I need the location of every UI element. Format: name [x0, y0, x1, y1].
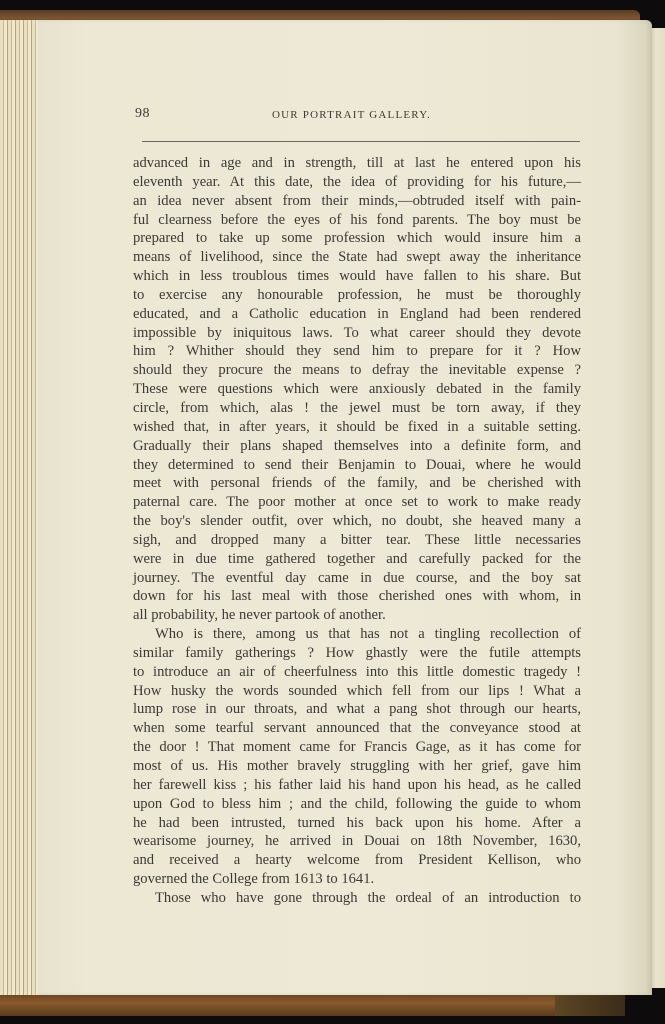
- text-line: lump rose in our throats, and what a pan…: [133, 700, 581, 719]
- text-line: to introduce an air of cheerfulness into…: [133, 663, 581, 682]
- text-line: him ? Whither should they send him to pr…: [133, 342, 581, 361]
- text-line: he had been intrusted, turned his back u…: [133, 814, 581, 833]
- text-line: should they procure the means to defray …: [133, 361, 581, 380]
- text-line: prepared to take up some profession whic…: [133, 229, 581, 248]
- text-line: the boy's slender outfit, over which, no…: [133, 512, 581, 531]
- text-line: they determined to send their Benjamin t…: [133, 456, 581, 475]
- text-line: journey. The eventful day came in due co…: [133, 569, 581, 588]
- book-cover-bottom-edge: [0, 994, 625, 1016]
- stacked-page-edges: [0, 20, 41, 995]
- paragraph-end-line: all probability, he never partook of ano…: [133, 606, 581, 625]
- text-line: wished that, in after years, it should b…: [133, 418, 581, 437]
- text-line: eleventh year. At this date, the idea of…: [133, 173, 581, 192]
- next-page-edge: [650, 28, 665, 988]
- text-line: most of us. His mother bravely strugglin…: [133, 757, 581, 776]
- body-text: advanced in age and in strength, till at…: [133, 154, 581, 908]
- text-line: to exercise any honourable profession, h…: [133, 286, 581, 305]
- text-line: were in due time gathered together and c…: [133, 550, 581, 569]
- text-line: These were questions which were anxiousl…: [133, 380, 581, 399]
- text-line: impossible by iniquitous laws. To what c…: [133, 324, 581, 343]
- text-line: advanced in age and in strength, till at…: [133, 154, 581, 173]
- text-line: the door ! That moment came for Francis …: [133, 738, 581, 757]
- text-line: Gradually their plans shaped themselves …: [133, 437, 581, 456]
- text-line: down for his last meal with those cheris…: [133, 587, 581, 606]
- text-line: circle, from which, alas ! the jewel mus…: [133, 399, 581, 418]
- page-number: 98: [135, 106, 150, 122]
- text-line: means of livelihood, since the State had…: [133, 248, 581, 267]
- running-head: OUR PORTRAIT GALLERY.: [272, 109, 431, 121]
- text-line: meet with personal friends of the family…: [133, 474, 581, 493]
- text-line: wearisome journey, he arrived in Douai o…: [133, 832, 581, 851]
- header-rule: [142, 141, 580, 142]
- text-line: and received a hearty welcome from Presi…: [133, 851, 581, 870]
- text-line: which in less troublous times would have…: [133, 267, 581, 286]
- text-line: paternal care. The poor mother at once s…: [133, 493, 581, 512]
- text-line: ful clearness before the eyes of his fon…: [133, 211, 581, 230]
- paragraph-start-line: Those who have gone through the ordeal o…: [133, 889, 581, 908]
- page-header: 98 OUR PORTRAIT GALLERY.: [135, 106, 585, 126]
- text-line: when some tearful servant announced that…: [133, 719, 581, 738]
- text-line: similar family gatherings ? How ghastly …: [133, 644, 581, 663]
- text-line: How husky the words sounded which fell f…: [133, 682, 581, 701]
- text-line: upon God to bless him ; and the child, f…: [133, 795, 581, 814]
- text-line: her farewell kiss ; his father laid his …: [133, 776, 581, 795]
- paragraph-end-line: governed the College from 1613 to 1641.: [133, 870, 581, 889]
- text-line: sigh, and dropped many a bitter tear. Th…: [133, 531, 581, 550]
- text-line: an idea never absent from their minds,—o…: [133, 192, 581, 211]
- paragraph-start-line: Who is there, among us that has not a ti…: [133, 625, 581, 644]
- text-line: educated, and a Catholic education in En…: [133, 305, 581, 324]
